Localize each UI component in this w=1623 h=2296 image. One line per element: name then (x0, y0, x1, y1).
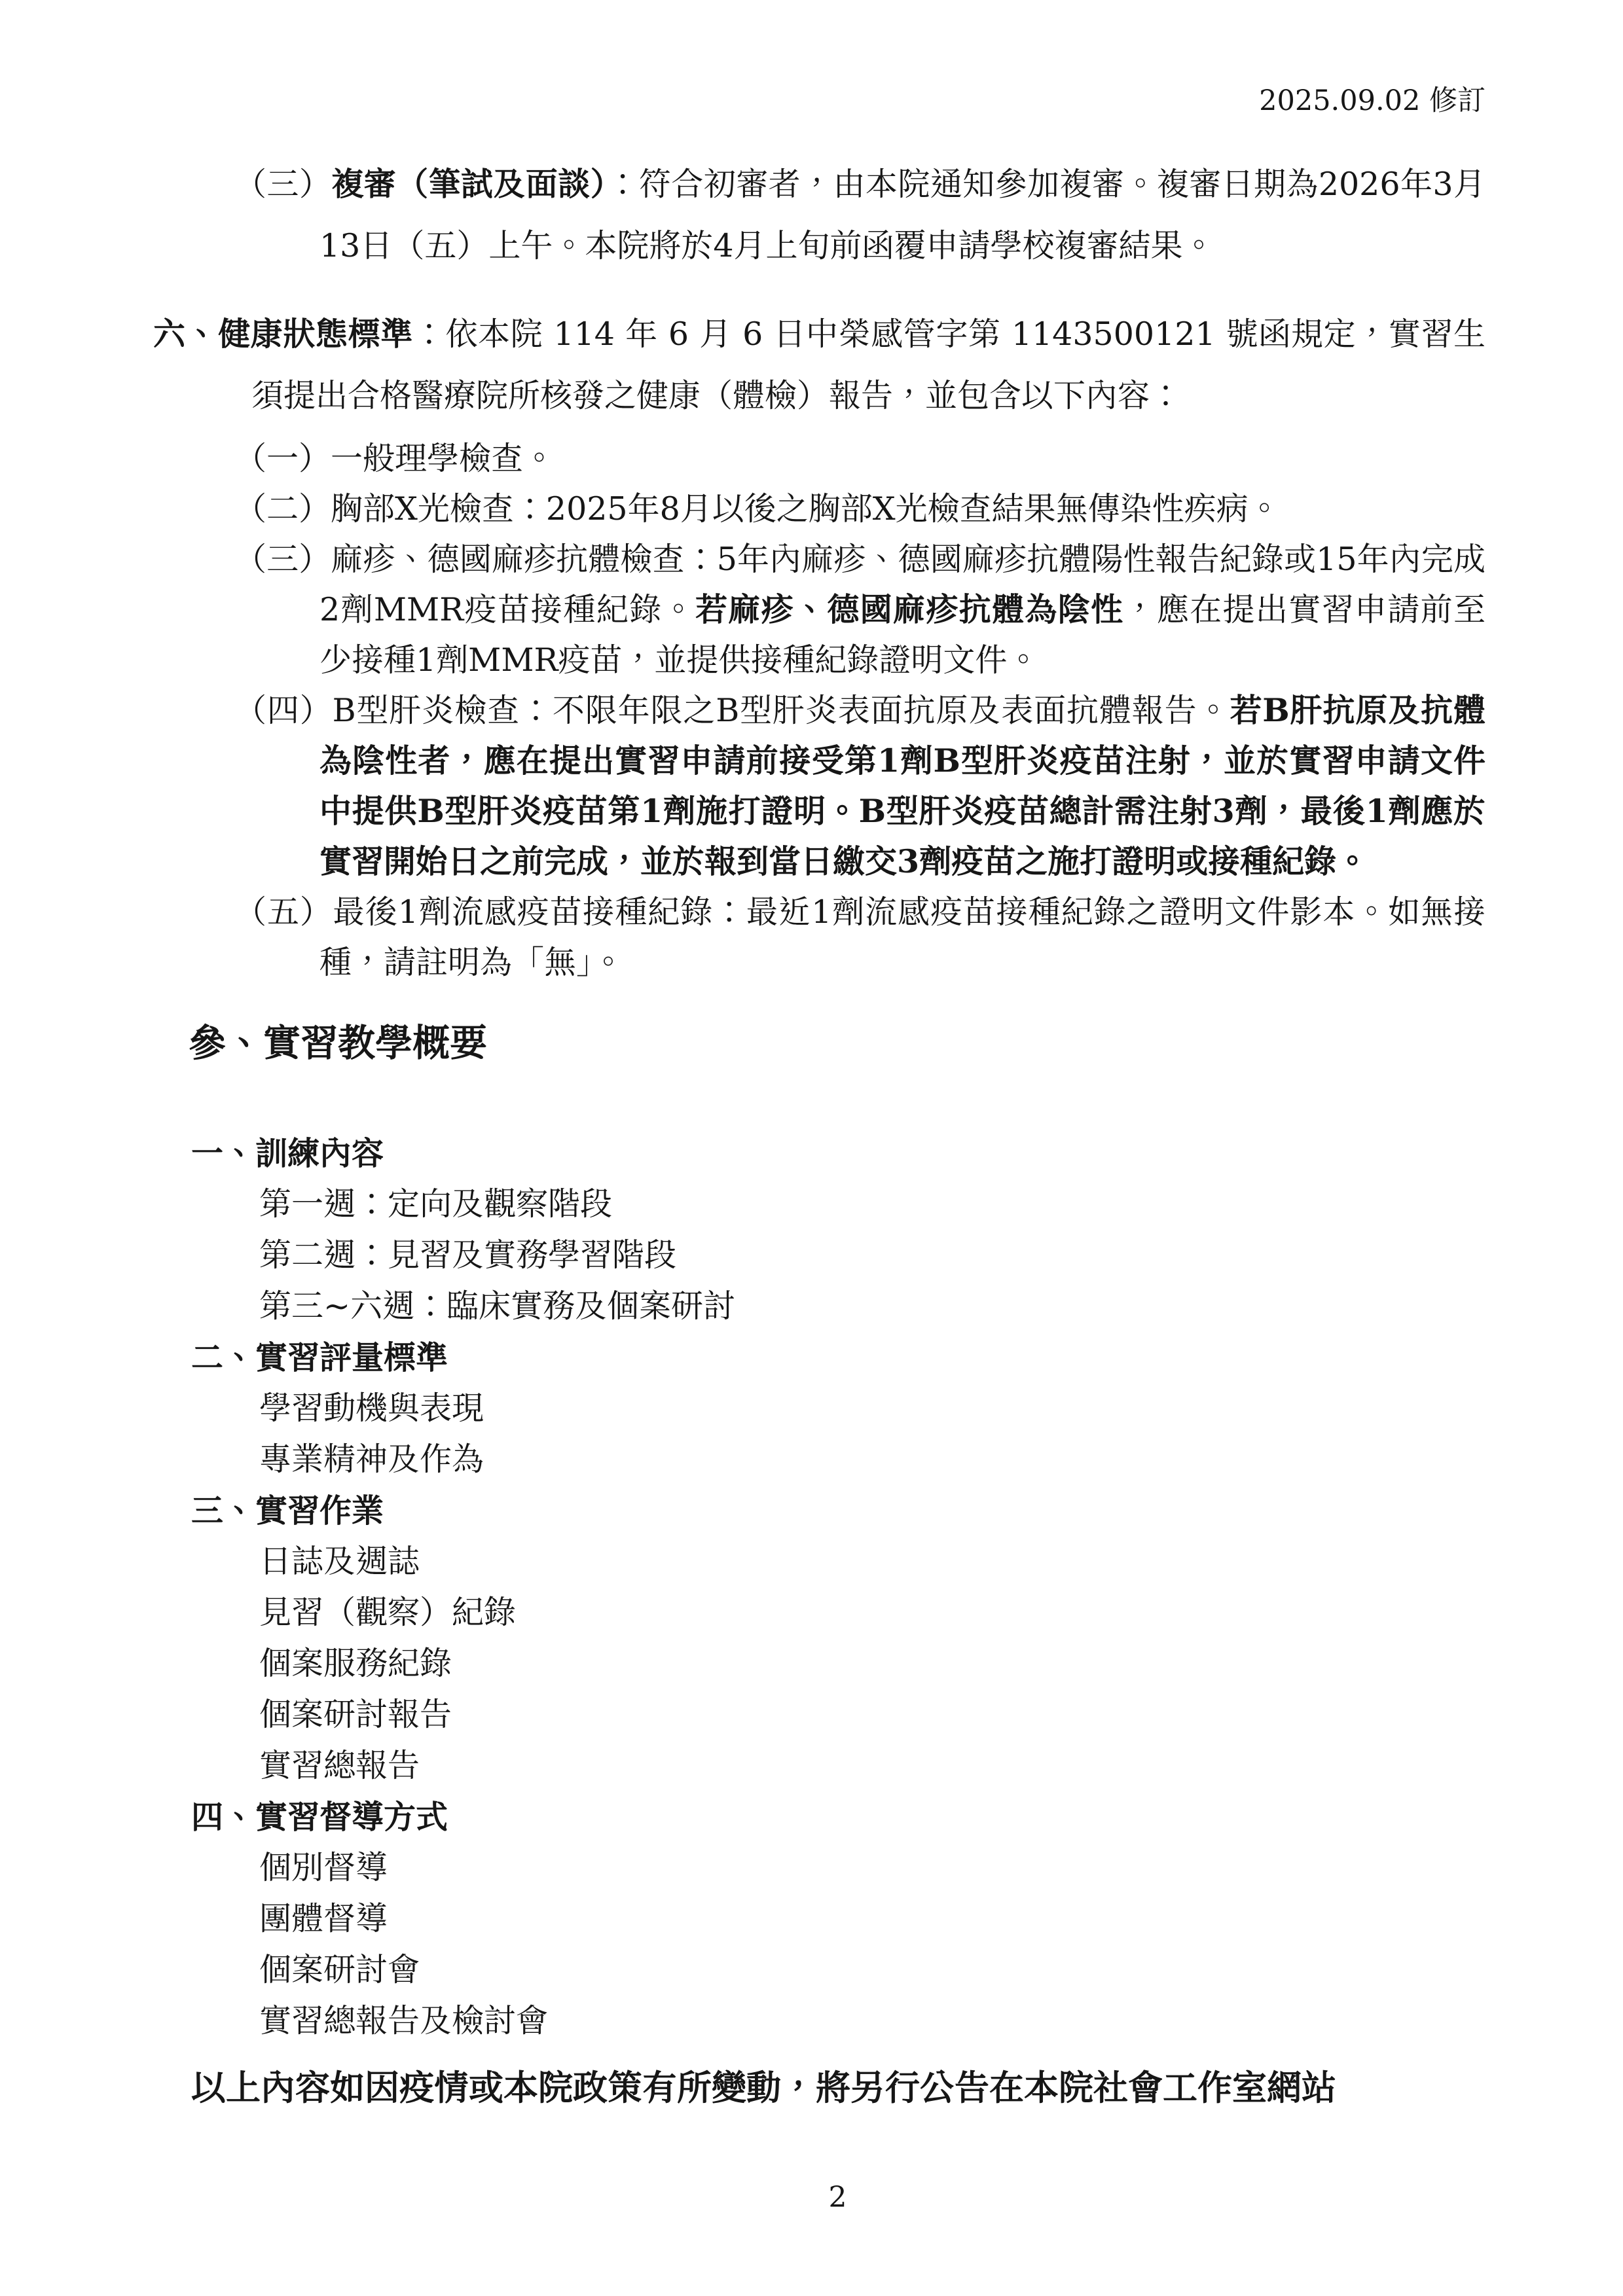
teaching-subsection: 三、實習作業日誌及週誌見習（觀察）紀錄個案服務紀錄個案研討報告實習總報告 (0, 1485, 1486, 1791)
subsection-heading: 三、實習作業 (191, 1485, 1486, 1536)
subsection-item: 專業精神及作為 (259, 1434, 1486, 1485)
health-section-heading: 六、健康狀態標準：依本院 114 年 6 月 6 日中榮感管字第 1143500… (0, 303, 1486, 427)
health-section-heading-label: 六、健康狀態標準 (153, 315, 413, 353)
health-item-text-run: （四） (234, 692, 333, 729)
health-section-heading-text: ：依本院 114 年 6 月 6 日中榮感管字第 1143500121 號函規定… (251, 315, 1486, 414)
health-item: （三）麻疹、德國麻疹抗體檢查：5年內麻疹、德國麻疹抗體陽性報告紀錄或15年內完成… (0, 534, 1486, 685)
subsection-item: 日誌及週誌 (259, 1536, 1486, 1587)
revision-note: 2025.09.02 修訂 (0, 0, 1486, 119)
health-item-text-run: （五） (234, 893, 333, 931)
health-item-text-run: 胸部X光檢查：2025年8月以後之胸部X光檢查結果無傳染性疾病。 (331, 490, 1281, 528)
page-number: 2 (0, 2181, 1623, 2214)
subsection-item: 實習總報告及檢討會 (259, 1996, 1486, 2047)
subsection-item: 第二週：見習及實務學習階段 (259, 1230, 1486, 1281)
subsection-heading: 四、實習督導方式 (191, 1791, 1486, 1842)
teaching-subsection: 二、實習評量標準學習動機與表現專業精神及作為 (0, 1332, 1486, 1485)
health-item-text-run: B型肝炎檢查：不限年限之B型肝炎表面抗原及表面抗體報告。 (333, 692, 1230, 729)
subsection-heading: 二、實習評量標準 (191, 1332, 1486, 1383)
subsection-item: 個別督導 (259, 1842, 1486, 1893)
review-item-text-run: （三） (234, 166, 331, 203)
health-item: （五）最後1劑流感疫苗接種紀錄：最近1劑流感疫苗接種紀錄之證明文件影本。如無接種… (0, 887, 1486, 988)
health-item: （四）B型肝炎檢查：不限年限之B型肝炎表面抗原及表面抗體報告。若B肝抗原及抗體為… (0, 685, 1486, 887)
teaching-subsection: 四、實習督導方式個別督導團體督導個案研討會實習總報告及檢討會 (0, 1791, 1486, 2047)
subsection-heading: 一、訓練內容 (191, 1128, 1486, 1179)
health-item-text-run: 一般理學檢查。 (331, 440, 555, 477)
subsection-item: 團體督導 (259, 1893, 1486, 1945)
teaching-subsection: 一、訓練內容第一週：定向及觀察階段第二週：見習及實務學習階段第三~六週：臨床實務… (0, 1128, 1486, 1332)
subsection-item: 學習動機與表現 (259, 1383, 1486, 1434)
health-item: （一）一般理學檢查。 (0, 433, 1486, 484)
health-item: （二）胸部X光檢查：2025年8月以後之胸部X光檢查結果無傳染性疾病。 (0, 484, 1486, 534)
subsection-item: 個案研討會 (259, 1945, 1486, 1996)
footer-notice: 以上內容如因疫情或本院政策有所變動，將另行公告在本院社會工作室網站 (191, 2064, 1486, 2112)
teaching-subsections: 一、訓練內容第一週：定向及觀察階段第二週：見習及實務學習階段第三~六週：臨床實務… (0, 1128, 1486, 2047)
health-item-text-run: （二） (234, 490, 331, 528)
health-item-bold-run: 若麻疹、德國麻疹抗體為陰性 (695, 590, 1124, 628)
subsection-item: 見習（觀察）紀錄 (259, 1587, 1486, 1638)
document-page: 2025.09.02 修訂 （三）複審（筆試及面談）：符合初審者，由本院通知參加… (0, 0, 1623, 2296)
health-items-list: （一）一般理學檢查。（二）胸部X光檢查：2025年8月以後之胸部X光檢查結果無傳… (0, 433, 1486, 988)
health-item-text-run: （一） (234, 440, 331, 477)
subsection-item: 第三~六週：臨床實務及個案研討 (259, 1281, 1486, 1332)
health-item-text-run: 最後1劑流感疫苗接種紀錄：最近1劑流感疫苗接種紀錄之證明文件影本。如無接種，請註… (319, 893, 1486, 981)
subsection-item: 個案研討報告 (259, 1689, 1486, 1740)
teaching-section-heading: 參、實習教學概要 (189, 1019, 1486, 1067)
subsection-item: 個案服務紀錄 (259, 1638, 1486, 1689)
subsection-item: 第一週：定向及觀察階段 (259, 1179, 1486, 1230)
health-item-text-run: （三） (234, 541, 331, 578)
review-item-paragraph: （三）複審（筆試及面談）：符合初審者，由本院通知參加複審。複審日期為2026年3… (0, 153, 1486, 277)
review-item-bold-run: 複審（筆試及面談） (331, 165, 606, 203)
subsection-item: 實習總報告 (259, 1740, 1486, 1791)
